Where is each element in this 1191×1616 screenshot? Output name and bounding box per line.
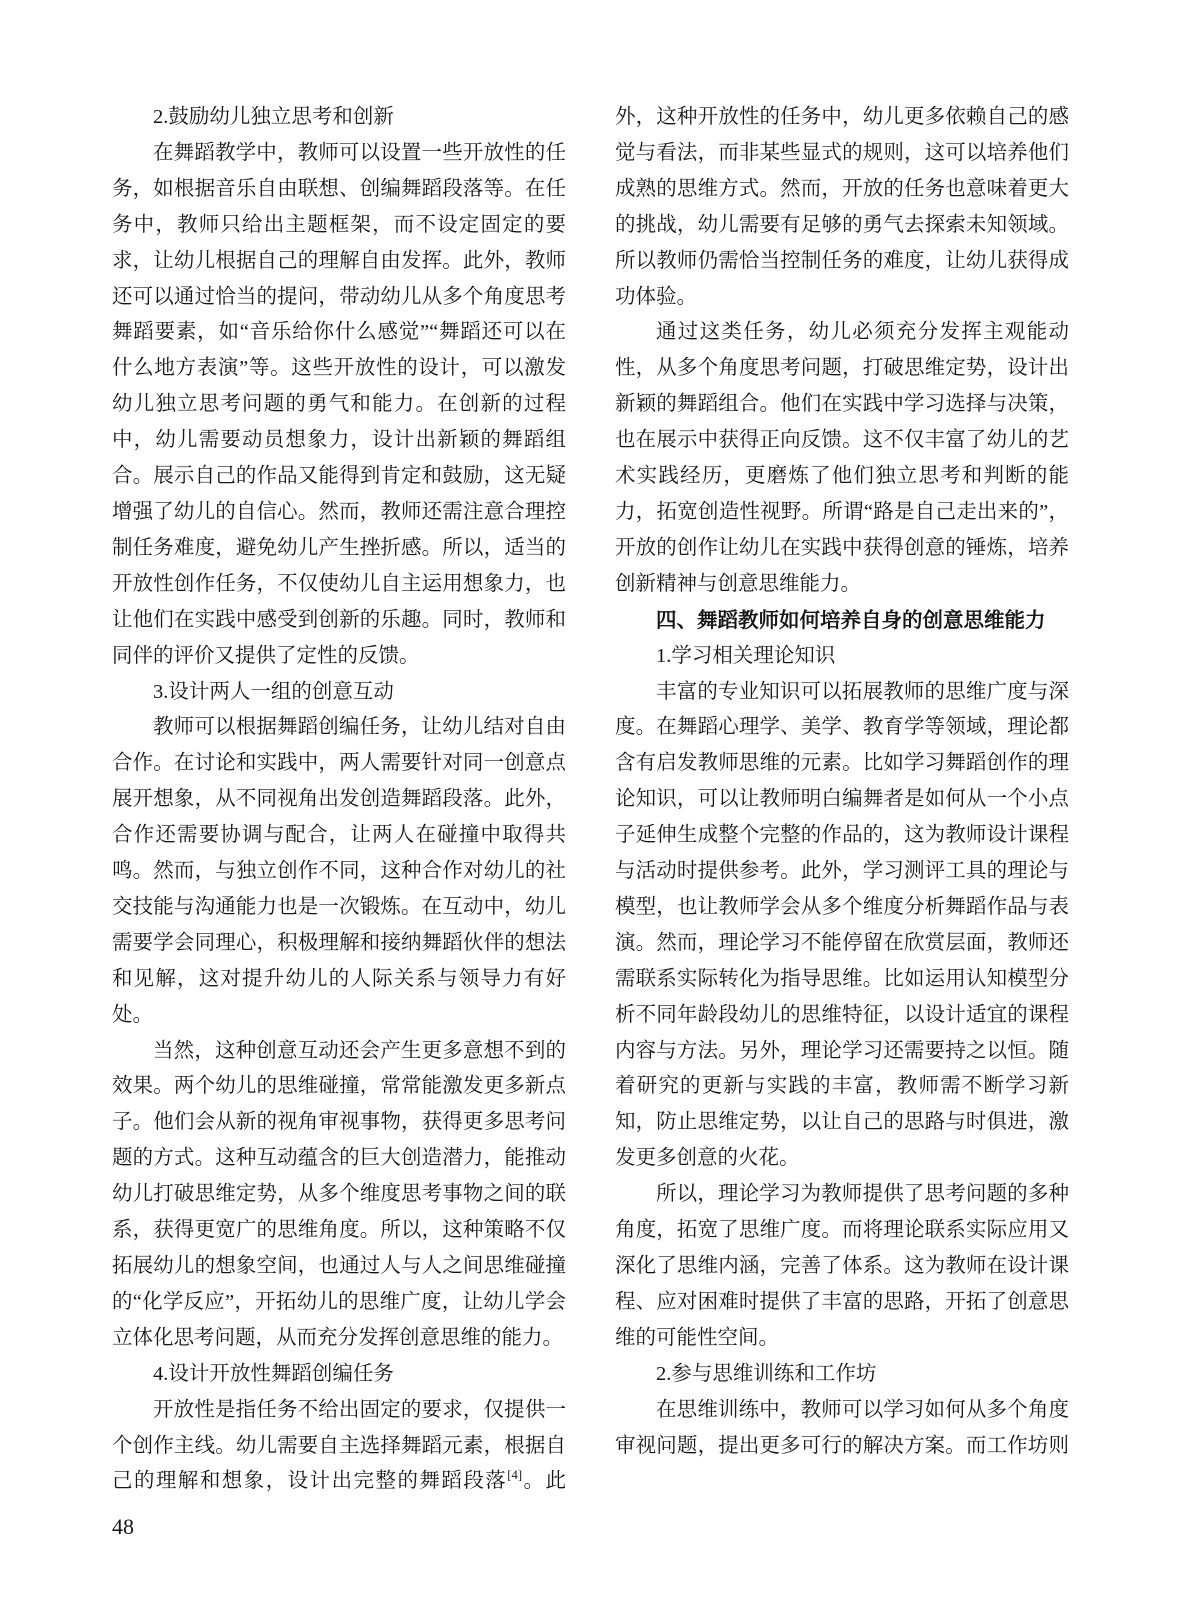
citation-marker: [4] bbox=[507, 1469, 522, 1483]
paper-page: 2.鼓励幼儿独立思考和创新在舞蹈教学中，教师可以设置一些开放性的任务，如根据音乐… bbox=[0, 0, 1191, 1616]
paragraph: 当然，这种创意互动还会产生更多意想不到的效果。两个幼儿的思维碰撞，常常能激发更多… bbox=[112, 1034, 566, 1357]
article-two-column-body: 2.鼓励幼儿独立思考和创新在舞蹈教学中，教师可以设置一些开放性的任务，如根据音乐… bbox=[112, 100, 1069, 1502]
sub-heading: 2.鼓励幼儿独立思考和创新 bbox=[112, 100, 566, 136]
paragraph: 所以，理论学习为教师提供了思考问题的多种角度，拓宽了思维广度。而将理论联系实际应… bbox=[615, 1177, 1069, 1357]
paragraph: 通过这类任务，幼儿必须充分发挥主观能动性，从多个角度思考问题，打破思维定势，设计… bbox=[615, 315, 1069, 602]
sub-heading: 4.设计开放性舞蹈创编任务 bbox=[112, 1357, 566, 1393]
sub-heading: 3.设计两人一组的创意互动 bbox=[112, 675, 566, 711]
paragraph: 丰富的专业知识可以拓展教师的思维广度与深度。在舞蹈心理学、美学、教育学等领域，理… bbox=[615, 675, 1069, 1178]
sub-heading: 1.学习相关理论知识 bbox=[615, 639, 1069, 675]
paragraph: 教师可以根据舞蹈创编任务，让幼儿结对自由合作。在讨论和实践中，两人需要针对同一创… bbox=[112, 710, 566, 1033]
section-heading: 四、舞蹈教师如何培养自身的创意思维能力 bbox=[615, 603, 1069, 639]
sub-heading: 2.参与思维训练和工作坊 bbox=[615, 1357, 1069, 1393]
paragraph: 在舞蹈教学中，教师可以设置一些开放性的任务，如根据音乐自由联想、创编舞蹈段落等。… bbox=[112, 136, 566, 675]
page-number: 48 bbox=[112, 1512, 134, 1542]
